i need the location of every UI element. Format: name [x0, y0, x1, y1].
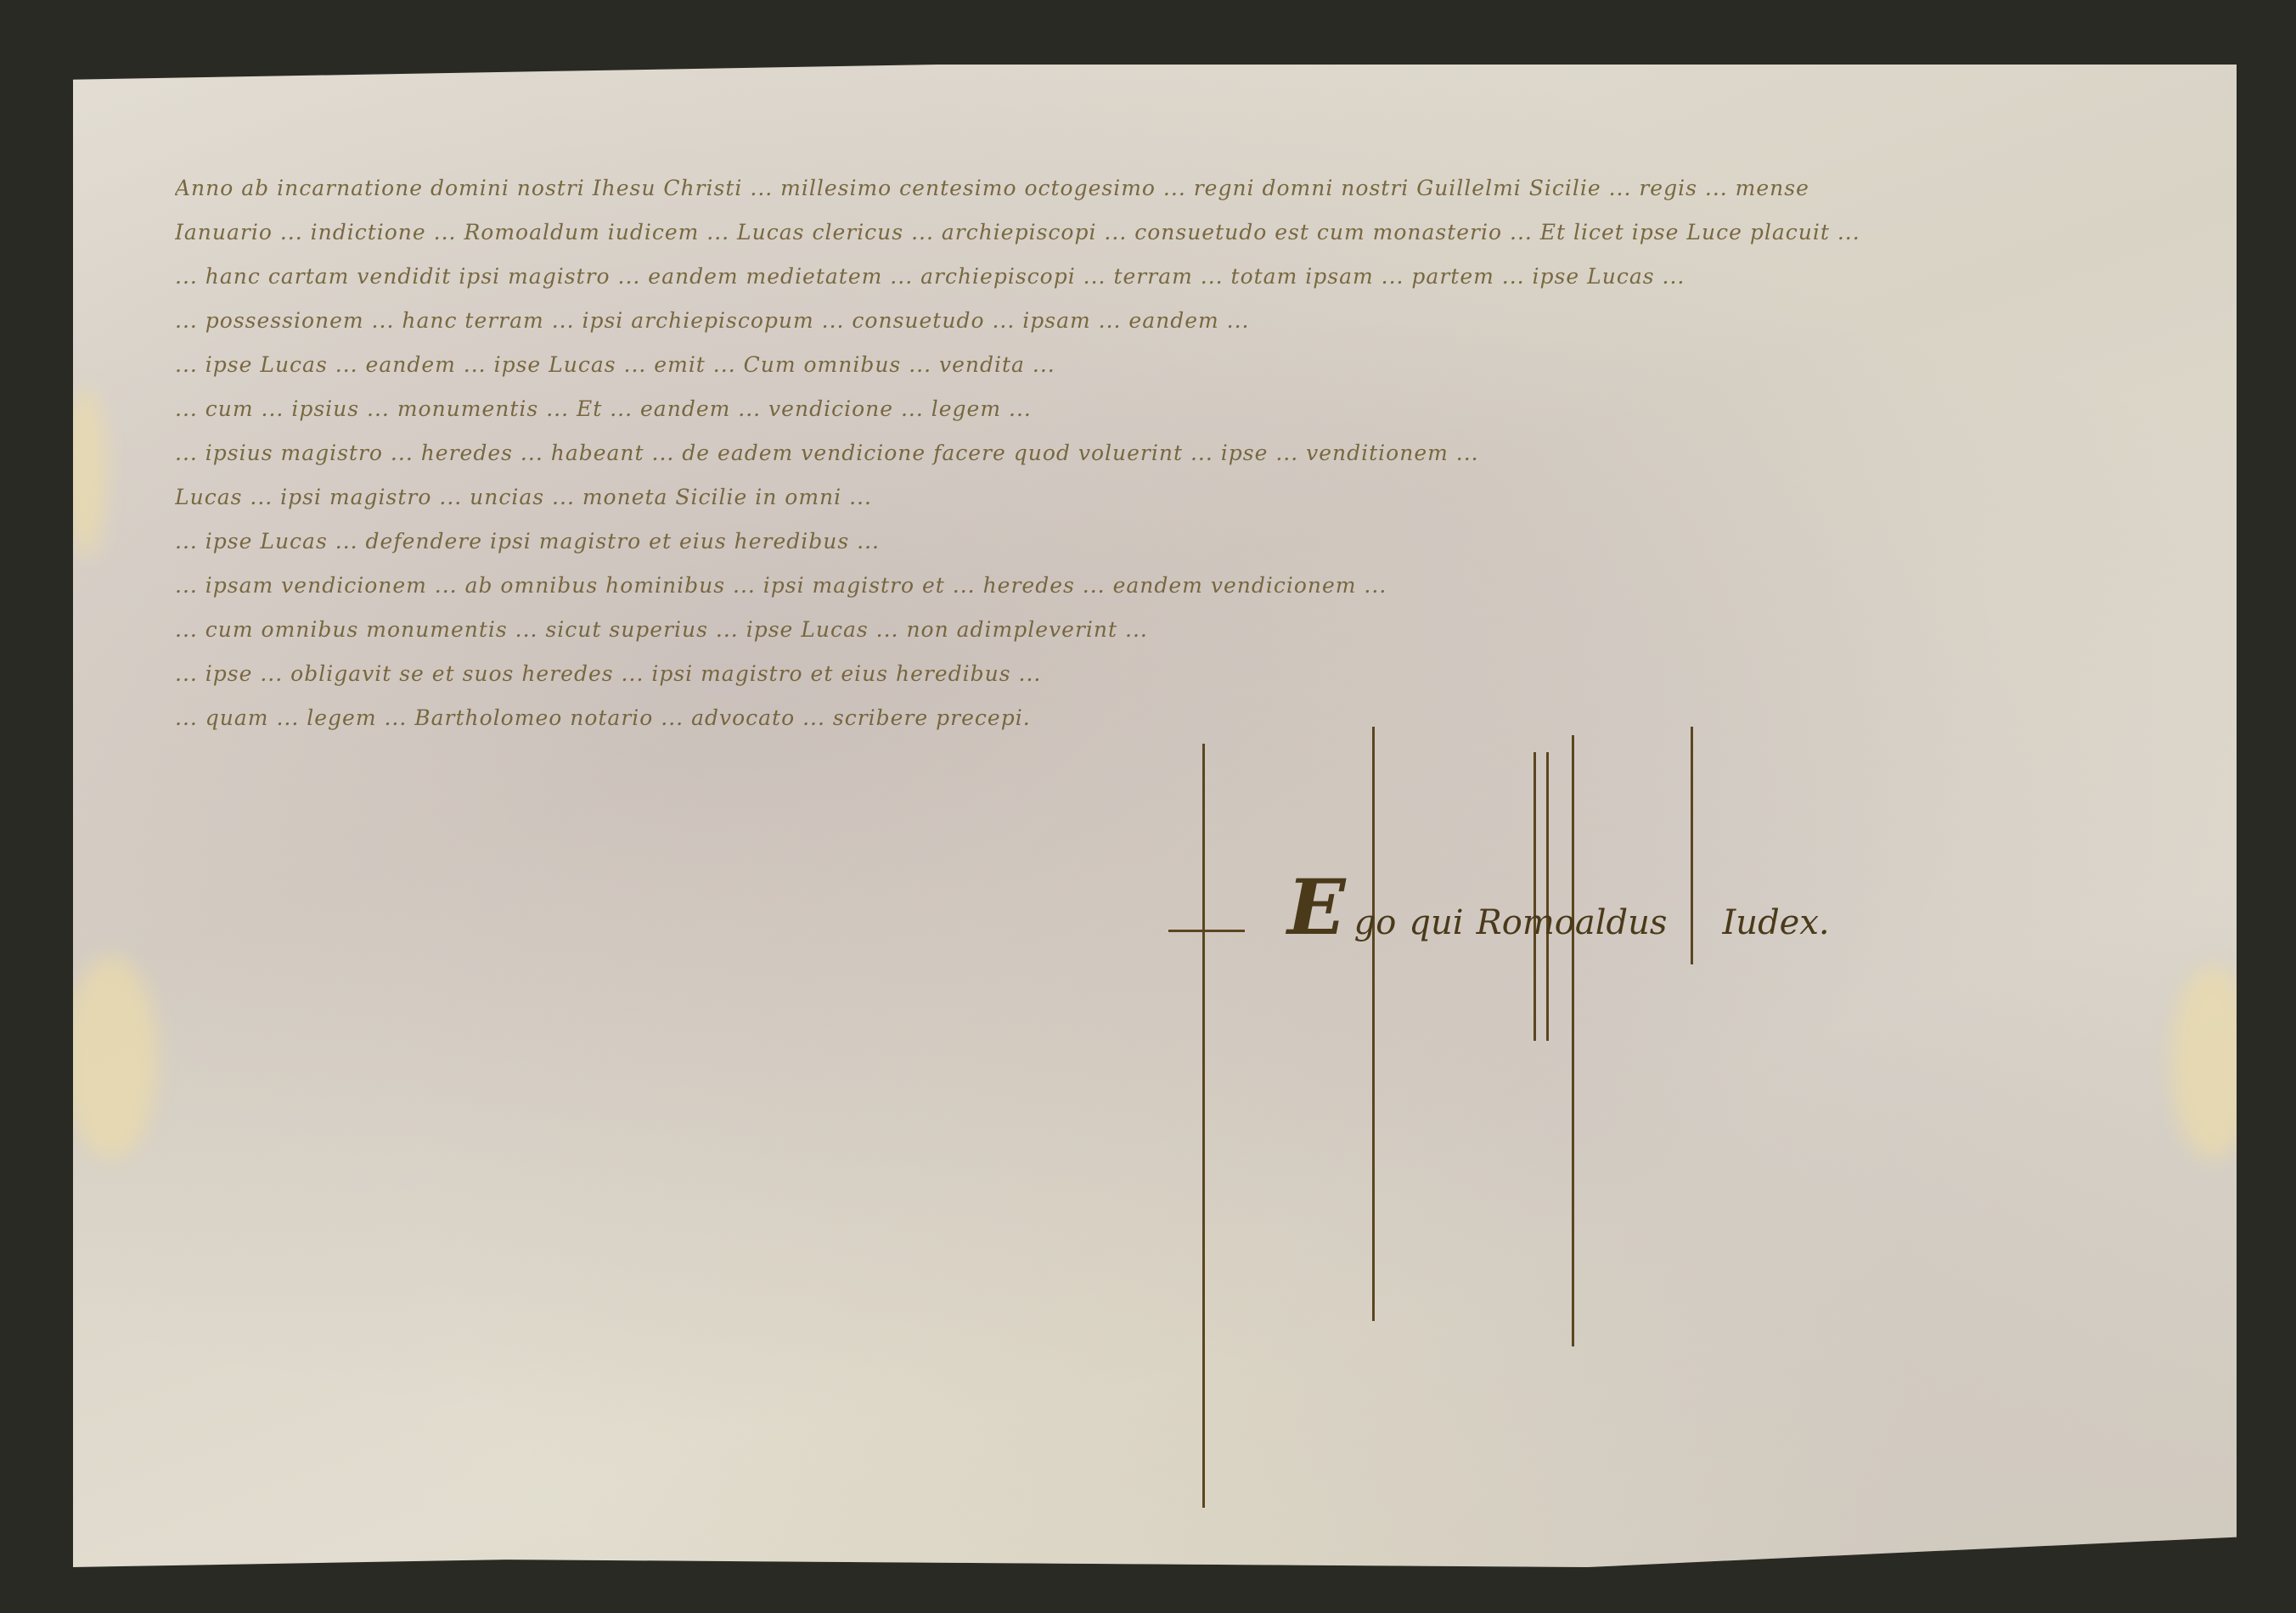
text-line-12: ... ipse ... obligavit se et suos herede… — [175, 652, 2247, 696]
text-line-4: ... possessionem ... hanc terram ... ips… — [175, 299, 2247, 343]
stain — [65, 387, 107, 557]
text-line-13: ... quam ... legem ... Bartholomeo notar… — [175, 696, 2247, 740]
sig-word-ego: go — [1354, 903, 1397, 942]
initial-e: E — [1287, 863, 1346, 953]
judge-subscription: Ego qui Romoaldus Iudex. — [1287, 863, 1830, 953]
text-line-6: ... cum ... ipsius ... monumentis ... Et… — [175, 387, 2247, 431]
text-line-3: ... hanc cartam vendidit ipsi magistro .… — [175, 255, 2247, 299]
sig-word-qui: qui — [1409, 903, 1463, 942]
sig-word-romoaldus: Romoaldus — [1477, 903, 1668, 942]
text-line-9: ... ipse Lucas ... defendere ipsi magist… — [175, 520, 2247, 564]
cross-stem — [1202, 744, 1205, 1508]
ascender-stroke — [1372, 727, 1375, 1321]
stain — [65, 956, 158, 1160]
parchment-sheet: Anno ab incarnatione domini nostri Ihesu… — [73, 65, 2237, 1567]
stain — [2170, 964, 2255, 1160]
cross-bar — [1168, 930, 1245, 932]
text-line-10: ... ipsam vendicionem ... ab omnibus hom… — [175, 564, 2247, 608]
text-line-11: ... cum omnibus monumentis ... sicut sup… — [175, 608, 2247, 652]
sig-word-iudex: Iudex. — [1723, 903, 1830, 942]
text-line-5: ... ipse Lucas ... eandem ... ipse Lucas… — [175, 343, 2247, 387]
text-line-2: Ianuario ... indictione ... Romoaldum iu… — [175, 211, 2247, 255]
charter-text: Anno ab incarnatione domini nostri Ihesu… — [175, 166, 2247, 740]
text-line-8: Lucas ... ipsi magistro ... uncias ... m… — [175, 475, 2247, 520]
ascender-stroke — [1572, 735, 1574, 1346]
text-line-7: ... ipsius magistro ... heredes ... habe… — [175, 431, 2247, 475]
text-line-1: Anno ab incarnatione domini nostri Ihesu… — [175, 166, 2247, 211]
